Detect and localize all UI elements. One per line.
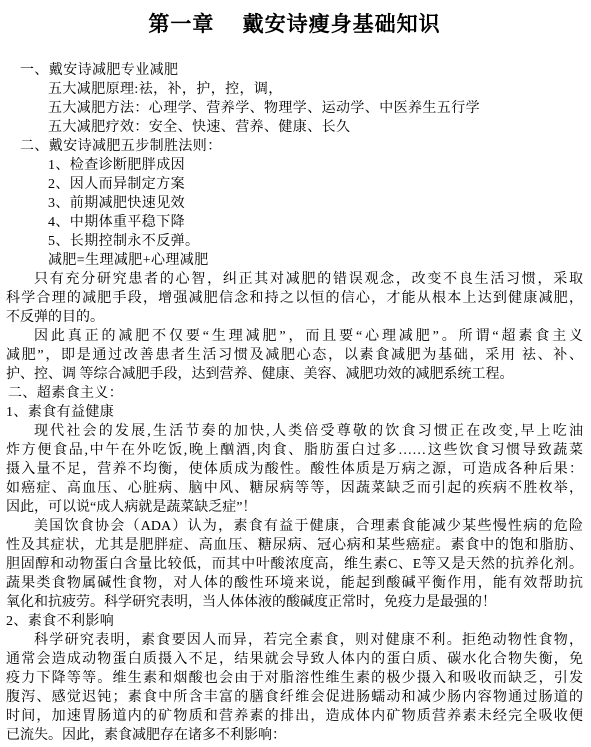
paragraph-line: 现代社会的发展,生活节奏的加快,人类倍受尊敬的饮食习惯正在改变,早上吃油: [6, 422, 583, 441]
paragraph-line: 因此真正的减肥不仅要“生理减肥”，而且要“心理减肥”。所谓“超素食主义: [6, 327, 583, 346]
paragraph-line: 如癌症、高血压、心脏病、脑中风、糖尿病等等，因蔬菜缺乏而引起的疾病不胜枚举，: [6, 479, 583, 498]
paragraph-line: 炸方便食品,中午在外吃饭,晚上酗酒,肉食、脂肪蛋白过多……这些饮食习惯导致蔬菜: [6, 441, 583, 460]
section-heading: 二、超素食主义：: [8, 384, 583, 403]
document-page: 第一章 戴安诗瘦身基础知识 一、戴安诗减肥专业减肥 五大减肥原理:祛，补，护，控…: [0, 0, 591, 747]
paragraph-line: 性及其症状，尤其是肥胖症、高血压、糖尿病、冠心病和某些癌症。素食中的饱和脂肪、: [6, 536, 583, 555]
paragraph-line: 因此，可以说“成人病就是蔬菜缺乏症”！: [6, 498, 583, 517]
paragraph-line: 时间，加速胃肠道内的矿物质和营养素的排出，造成体内矿物质营养素未经完全吸收便: [6, 707, 583, 726]
section-heading: 二、戴安诗减肥五步制胜法则：: [20, 137, 583, 156]
paragraph-line: 减肥”，即是通过改善患者生活习惯及减肥心态，以素食减肥为基础，采用 祛、补、: [6, 346, 583, 365]
paragraph-line: 疫力下降等等。维生素和烟酸也会由于对脂溶性维生素的极少摄入和吸收而缺乏，引发: [6, 669, 583, 688]
sub-heading: 1、素食有益健康: [6, 403, 583, 422]
list-item: 减肥=生理减肥+心理减肥: [48, 251, 583, 270]
list-item: 4、中期体重平稳下降: [48, 213, 583, 232]
sub-heading: 2、素食不利影响: [6, 612, 583, 631]
paragraph-line: 护、控、调 等综合减肥手段，达到营养、健康、美容、减肥功效的减肥系统工程。: [6, 365, 583, 384]
list-item: 1、检查诊断肥胖成因: [48, 156, 583, 175]
section-heading: 一、戴安诗减肥专业减肥: [20, 61, 583, 80]
list-item: 3、前期减肥快速见效: [48, 194, 583, 213]
paragraph-line: 美国饮食协会（ADA）认为，素食有益于健康，合理素食能减少某些慢性病的危险: [6, 517, 583, 536]
paragraph-line: 腹泻、感觉迟钝；素食中所含丰富的膳食纤维会促进肠蠕动和减少肠内容物通过肠道的: [6, 688, 583, 707]
list-item: 五大减肥原理:祛，补，护，控，调，: [48, 80, 583, 99]
paragraph-line: 通常会造成动物蛋白质摄入不足，结果就会导致人体内的蛋白质、碳水化合物失衡，免: [6, 650, 583, 669]
page-title: 第一章 戴安诗瘦身基础知识: [6, 10, 583, 38]
paragraph-line: 已流失。因此，素食减肥存在诸多不利影响：: [6, 726, 583, 745]
paragraph-line: 科学研究表明，素食要因人而异，若完全素食，则对健康不利。拒绝动物性食物，: [6, 631, 583, 650]
list-item: 2、因人而异制定方案: [48, 175, 583, 194]
paragraph-line: 蔬果类食物属碱性食物，对人体的酸性环境来说，能起到酸碱平衡作用，能有效帮助抗: [6, 574, 583, 593]
paragraph-line: 科学合理的减肥手段，增强减肥信念和持之以恒的信心，才能从根本上达到健康减肥，: [6, 289, 583, 308]
list-item: 5、长期控制永不反弹。: [48, 232, 583, 251]
paragraph-line: 不反弹的目的。: [6, 308, 583, 327]
document-body: 一、戴安诗减肥专业减肥 五大减肥原理:祛，补，护，控，调， 五大减肥方法：心理学…: [6, 61, 583, 745]
paragraph-line: 胆固醇和动物蛋白含量比较低，而其中叶酸浓度高，维生素C、E等又是天然的抗养化剂。: [6, 555, 583, 574]
list-item: 五大减肥疗效：安全、快速、营养、健康、长久: [48, 118, 583, 137]
paragraph-line: 氧化和抗疲劳。科学研究表明，当人体体液的酸碱度正常时，免疫力是最强的！: [6, 593, 583, 612]
paragraph-line: 摄入量不足，营养不均衡，使体质成为酸性。酸性体质是万病之源，可造成各种后果：: [6, 460, 583, 479]
paragraph-line: 只有充分研究患者的心智，纠正其对减肥的错误观念，改变不良生活习惯，采取: [6, 270, 583, 289]
list-item: 五大减肥方法：心理学、营养学、物理学、运动学、中医养生五行学: [48, 99, 583, 118]
